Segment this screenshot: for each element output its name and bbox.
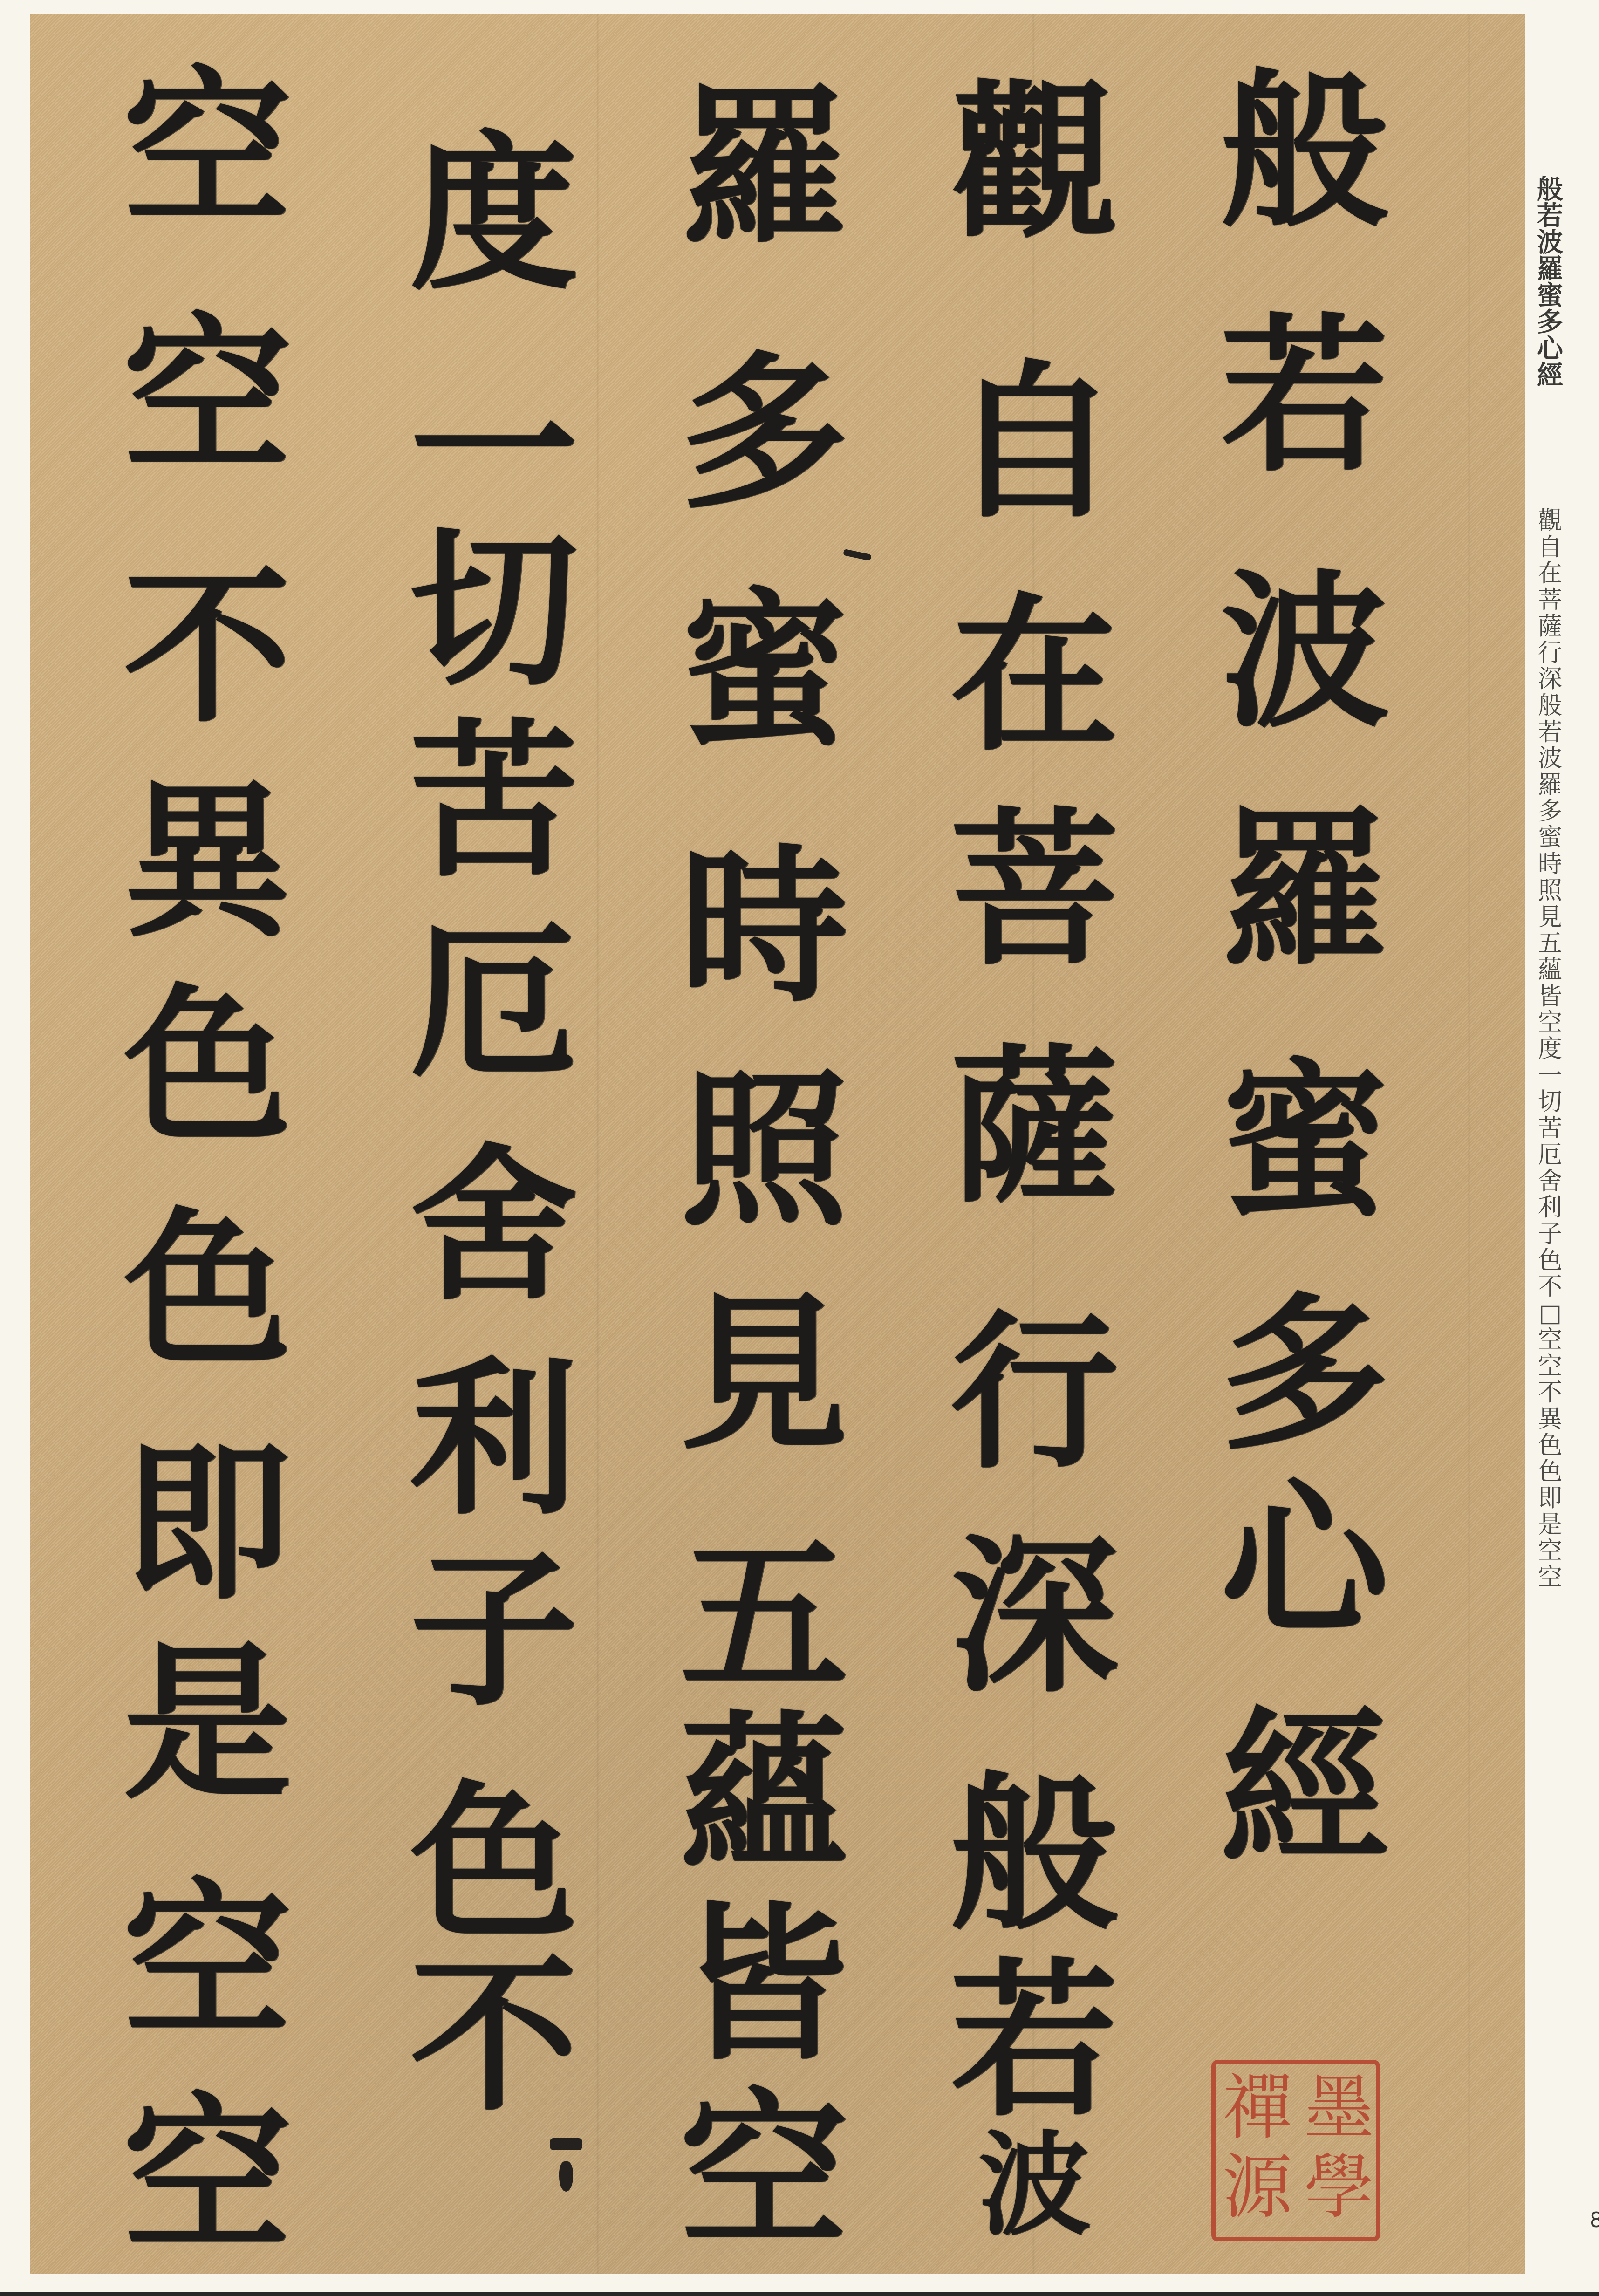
title-char: 般: [1534, 176, 1566, 203]
calligraphy-char: 般: [1183, 67, 1426, 235]
title-char: 心: [1534, 335, 1566, 362]
transcription-char: 切: [1534, 1089, 1566, 1115]
transcription-char: 即: [1534, 1485, 1566, 1512]
calligraphy-char: 自: [913, 358, 1155, 526]
calligraphy-column-5: 空空不異色色即是空空: [86, 14, 328, 2274]
transcription-char: 蜜: [1534, 825, 1566, 851]
transcription-char: 舍: [1534, 1168, 1566, 1195]
calligraphy-paper: 般若波羅蜜多心經 觀自在菩薩行深般若波 羅多蜜時照見五蘊皆空 度一切苦厄舍利子色…: [30, 14, 1525, 2274]
seal-char: 學: [1302, 2152, 1376, 2222]
title-char: 蜜: [1534, 282, 1566, 309]
transcription-char: □: [1534, 1300, 1566, 1327]
transcription-char: 時: [1534, 851, 1566, 878]
calligraphy-char: 度: [373, 130, 615, 298]
transcription-char: 在: [1534, 560, 1566, 587]
calligraphy-char: 一: [373, 368, 615, 535]
calligraphy-char: 厄: [373, 917, 615, 1085]
calligraphy-char: 多: [1183, 1290, 1426, 1458]
transcription-char: 厄: [1534, 1142, 1566, 1168]
calligraphy-char: 深: [913, 1532, 1155, 1700]
calligraphy-char: 羅: [1183, 806, 1426, 973]
calligraphy-column-4: 度一切苦厄舍利子色不: [373, 14, 615, 2274]
calligraphy-char: 色: [86, 1206, 328, 1374]
calligraphy-char: 不: [373, 1952, 615, 2119]
calligraphy-char: 羅: [643, 83, 885, 251]
seal-char: 禪: [1220, 2073, 1295, 2143]
transcription-char: 深: [1534, 666, 1566, 693]
title-char: 波: [1534, 229, 1566, 256]
transcription-char: 菩: [1534, 587, 1566, 614]
calligraphy-char: 照: [643, 1066, 885, 1234]
transcription-char: 空: [1534, 1010, 1566, 1036]
calligraphy-column-3: 羅多蜜時照見五蘊皆空: [643, 14, 885, 2274]
transcription-char: 五: [1534, 930, 1566, 957]
transcription-char: 羅: [1534, 772, 1566, 799]
red-seal-stamp: 墨 學 禪 源: [1211, 2060, 1380, 2241]
margin-transcription: 觀自在菩薩行深般若波羅多蜜時照見五蘊皆空度一切苦厄舍利子色不□空空不異色色即是空…: [1534, 508, 1566, 1591]
transcription-char: 利: [1534, 1195, 1566, 1221]
transcription-char: 自: [1534, 534, 1566, 561]
calligraphy-char: 舍: [373, 1141, 615, 1309]
paper-fold-line: [1468, 14, 1470, 2274]
transcription-char: 色: [1534, 1248, 1566, 1274]
calligraphy-char: 經: [1183, 1705, 1426, 1872]
transcription-char: 色: [1534, 1459, 1566, 1485]
calligraphy-char: 是: [86, 1640, 328, 1807]
calligraphy-char: 菩: [913, 806, 1155, 973]
calligraphy-char: 子: [373, 1546, 615, 1714]
scan-border: [0, 2292, 1599, 2296]
calligraphy-char: 皆: [643, 1900, 885, 2068]
calligraphy-char: 五: [643, 1532, 885, 1700]
calligraphy-char: 薩: [913, 1043, 1155, 1211]
transcription-char: 觀: [1534, 508, 1566, 534]
transcription-char: 異: [1534, 1406, 1566, 1433]
transcription-char: 般: [1534, 693, 1566, 719]
calligraphy-char: 空: [86, 65, 328, 232]
transcription-char: 度: [1534, 1036, 1566, 1063]
transcription-char: 若: [1534, 719, 1566, 746]
transcription-char: 苦: [1534, 1115, 1566, 1142]
transcription-char: 皆: [1534, 984, 1566, 1010]
title-char: 多: [1534, 309, 1566, 335]
transcription-char: 空: [1534, 1538, 1566, 1565]
transcription-char: 空: [1534, 1327, 1566, 1353]
calligraphy-char: 空: [643, 2087, 885, 2255]
calligraphy-char: 蜜: [643, 587, 885, 754]
calligraphy-char: 在: [913, 591, 1155, 759]
transcription-char: 一: [1534, 1063, 1566, 1089]
calligraphy-char: 多: [643, 349, 885, 517]
calligraphy-char: 若: [913, 1956, 1155, 2124]
title-char: 羅: [1534, 256, 1566, 282]
transcription-char: 空: [1534, 1353, 1566, 1380]
calligraphy-char: 色: [373, 1779, 615, 1947]
calligraphy-column-2: 觀自在菩薩行深般若波: [913, 14, 1155, 2274]
margin-title: 般若波羅蜜多心經: [1534, 176, 1566, 389]
calligraphy-column-1: 般若波羅蜜多心經: [1183, 14, 1426, 2274]
calligraphy-char: 波: [1183, 568, 1426, 736]
correction-mark-dot: [559, 2161, 573, 2192]
transcription-char: 見: [1534, 904, 1566, 931]
calligraphy-char: 觀: [913, 79, 1155, 246]
calligraphy-char: 異: [86, 778, 328, 945]
calligraphy-char: 苦: [373, 717, 615, 885]
calligraphy-char: 空: [86, 1877, 328, 2045]
calligraphy-char: 蘊: [643, 1709, 885, 1877]
calligraphy-char: 波: [913, 2129, 1155, 2241]
calligraphy-char: 心: [1183, 1476, 1426, 1644]
seal-char: 源: [1220, 2152, 1295, 2222]
calligraphy-char: 時: [643, 843, 885, 1011]
calligraphy-char: 若: [1183, 312, 1426, 479]
transcription-char: 蘊: [1534, 957, 1566, 984]
transcription-char: 多: [1534, 799, 1566, 825]
correction-mark-tick: [550, 2138, 582, 2150]
transcription-char: 行: [1534, 640, 1566, 667]
title-char: 若: [1534, 203, 1566, 229]
transcription-char: 薩: [1534, 614, 1566, 640]
transcription-char: 色: [1534, 1433, 1566, 1459]
transcription-char: 波: [1534, 745, 1566, 772]
transcription-char: 是: [1534, 1512, 1566, 1538]
calligraphy-char: 般: [913, 1770, 1155, 1938]
transcription-char: 空: [1534, 1565, 1566, 1591]
calligraphy-char: 蜜: [1183, 1057, 1426, 1225]
transcription-char: 不: [1534, 1274, 1566, 1300]
calligraphy-char: 利: [373, 1355, 615, 1523]
calligraphy-char: 不: [86, 563, 328, 731]
title-char: 經: [1534, 362, 1566, 389]
transcription-char: 不: [1534, 1380, 1566, 1406]
calligraphy-char: 切: [373, 526, 615, 694]
transcription-char: 照: [1534, 878, 1566, 904]
calligraphy-char: 空: [86, 312, 328, 479]
calligraphy-char: 行: [913, 1309, 1155, 1476]
calligraphy-char: 空: [86, 2091, 328, 2259]
calligraphy-char: 即: [86, 1439, 328, 1607]
calligraphy-char: 見: [643, 1290, 885, 1458]
seal-char: 墨: [1302, 2073, 1376, 2143]
calligraphy-char: 色: [86, 983, 328, 1150]
transcription-char: 子: [1534, 1221, 1566, 1248]
page-number: 8: [1590, 2208, 1599, 2232]
